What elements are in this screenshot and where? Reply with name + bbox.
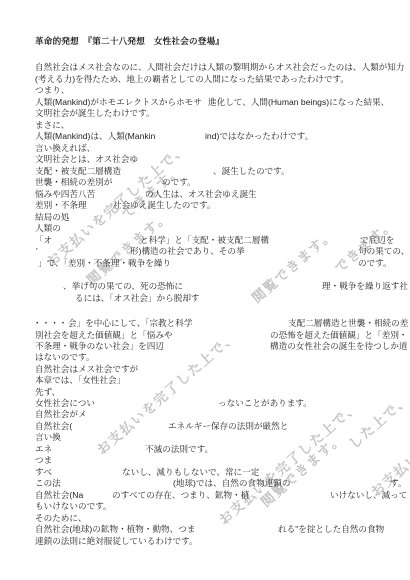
text-segment: (地球)では、自然の食物連鎖の: [173, 478, 290, 489]
text-segment: と科学」と「支配・被支配二層構: [140, 235, 269, 246]
text-segment: 自然社会はメス社会ですが: [35, 364, 138, 375]
text-segment: ないし、減りもしないで、常に一定: [122, 467, 259, 478]
text-segment: 理・戦争を繰り返す社: [322, 281, 408, 292]
text-segment: 自然社会がメ: [35, 409, 87, 420]
text-line: 文明社会とは、オス社会ゆ: [0, 154, 410, 165]
text-segment: ': [36, 246, 38, 257]
text-segment: 会」を中心にして、「宗教と科学: [68, 318, 192, 329]
text-segment: この法: [35, 478, 61, 489]
text-line: 言い換えれば、: [0, 143, 410, 154]
text-segment: るには、「オス社会」から脱却す: [75, 293, 200, 304]
text-line: 自然社会(エネルギー保存の法則が厳然と: [0, 421, 410, 432]
text-segment: の恐怖を超えた価値観」と「差別・: [270, 330, 408, 341]
text-segment: 世襲・相続の差別が: [35, 177, 112, 188]
text-line: そのために、: [0, 513, 410, 524]
text-segment: の人生は、オス社会ゆえ誕生: [145, 189, 257, 200]
document-page: お支払いを完了した上で、閲覧できます。できます。閲覧できます。できます。お支払い…: [0, 0, 410, 580]
text-line: 自然社会(Naのすべての存在、つまり、鉱物・植いけないし、減って: [0, 490, 410, 501]
text-segment: いけないし、減って: [330, 490, 407, 501]
text-segment: で底辺を: [360, 235, 394, 246]
text-segment: ・・・・: [33, 318, 67, 329]
text-segment: 自然社会(Na: [35, 490, 83, 501]
text-line: 別社会を超えた価値観」と「悩みやの恐怖を超えた価値観」と「差別・: [0, 330, 410, 341]
text-line: '形)構造の社会であり、その挙句の果ての、: [0, 246, 410, 257]
text-segment: (考える力)を得たため、地上の覇者としての人間になった結果であったわけです。: [35, 74, 349, 85]
text-line: 、挙げ句の果ての、死の恐怖に理・戦争を繰り返す社: [0, 281, 410, 292]
text-line: 自然社会はメス社会なのに、人間社会だけは人類の黎明期からオス社会だったのは、人類…: [0, 62, 410, 73]
text-line: 先ず、: [0, 387, 410, 398]
text-segment: のすべての存在、つまり、鉱物・植: [112, 490, 249, 501]
text-line: ・・・・会」を中心にして、「宗教と科学支配二層構造と世襲・相続の差: [0, 318, 410, 329]
text-segment: 人類(Mankind)がホモエレクトスからホモサ: [35, 97, 202, 108]
text-line: 自然社会はメス社会ですが: [0, 364, 410, 375]
text-segment: はないのです。: [35, 352, 94, 363]
text-segment: 差別・不条理: [35, 200, 87, 211]
text-segment: 自然社会(: [35, 421, 72, 432]
text-line: 」で、「差別・不条理・戦争を繰りのです。: [0, 258, 410, 269]
text-line: 人類(Mankind)は、人類(Mankinind)ではなかったわけです。: [0, 131, 410, 142]
text-line: 本章では、「女性社会」: [0, 375, 410, 386]
text-segment: 女性社会につい: [35, 398, 95, 409]
text-line: 文明社会が誕生したわけです。: [0, 108, 410, 119]
text-segment: つま: [35, 455, 52, 466]
text-line: はないのです。: [0, 352, 410, 363]
text-line: つまり、: [0, 85, 410, 96]
text-segment: 文明社会が誕生したわけです。: [35, 108, 155, 119]
text-line: 言い換: [0, 432, 410, 443]
text-segment: 文明社会とは、オス社会ゆ: [35, 154, 138, 165]
text-line: (考える力)を得たため、地上の覇者としての人間になった結果であったわけです。: [0, 74, 410, 85]
text-segment: す。: [390, 478, 407, 489]
text-segment: 人類(Mankind)は、人類(Mankin: [35, 131, 155, 142]
text-segment: すべ: [35, 467, 52, 478]
text-line: すべないし、減りもしないで、常に一定: [0, 467, 410, 478]
document-title-line: 革命的発想 『第二十八発想 女性社会の登場』: [0, 36, 410, 47]
text-line: るには、「オス社会」から脱却す: [0, 293, 410, 304]
text-line: 悩みや四苦八苦の人生は、オス社会ゆえ誕生: [0, 189, 410, 200]
text-line: まさに、: [0, 120, 410, 131]
text-line: つま: [0, 455, 410, 466]
text-segment: ind)ではなかったわけです。: [205, 131, 313, 142]
text-segment: 言い換えれば、: [35, 143, 95, 154]
text-segment: のです。: [162, 177, 196, 188]
text-segment: のです。: [358, 258, 392, 269]
text-segment: 結局の処: [35, 212, 69, 223]
text-line: 連鎖の法則に絶対服従しているわけです。: [0, 536, 410, 547]
text-segment: 形)構造の社会であり、その挙: [130, 246, 245, 257]
text-segment: つまり、: [35, 85, 69, 96]
text-line: 結局の処: [0, 212, 410, 223]
text-segment: 自然社会(地球)の鉱物・植物・動物、つま: [35, 524, 195, 535]
text-segment: 、誕生したのです。: [213, 166, 290, 177]
text-segment: まさに、: [35, 120, 69, 131]
text-segment: 支配・被支配二層構造: [35, 166, 121, 177]
text-segment: 別社会を超えた価値観」と「悩みや: [35, 330, 173, 341]
text-line: 自然社会(地球)の鉱物・植物・動物、つまれる"を掟とした自然の食物: [0, 524, 410, 535]
text-line: 「オと科学」と「支配・被支配二層構で底辺を: [0, 235, 410, 246]
text-segment: 支配二層構造と世襲・相続の差: [288, 318, 408, 329]
text-segment: エネ: [35, 444, 52, 455]
text-segment: 「オ: [35, 235, 52, 246]
text-segment: 不条理・戦争のない社会」を四辺: [35, 341, 164, 352]
text-line: もいけないのです。: [0, 501, 410, 512]
text-segment: 自然社会はメス社会なのに、人間社会だけは人類の黎明期からオス社会だったのは、人類…: [35, 62, 404, 73]
text-segment: 本章では、「女性社会」: [35, 375, 125, 386]
text-line: 差別・不条理社会ゆえ誕生したのです。: [0, 200, 410, 211]
text-segment: 進化して、人間(Human beings)になった結果、: [208, 97, 389, 108]
text-segment: 、挙げ句の果ての、死の恐怖に: [63, 281, 183, 292]
text-line: 支配・被支配二層構造、誕生したのです。: [0, 166, 410, 177]
text-line: 自然社会がメ: [0, 409, 410, 420]
text-segment: 不滅の法則です。: [145, 444, 213, 455]
text-line: 世襲・相続の差別がのです。: [0, 177, 410, 188]
text-segment: 」で、「差別・不条理・戦争を繰り: [38, 258, 171, 269]
text-segment: そのために、: [35, 513, 87, 524]
text-line: 人類の: [0, 223, 410, 234]
text-line: この法(地球)では、自然の食物連鎖のす。: [0, 478, 410, 489]
text-segment: 人類の: [35, 223, 61, 234]
text-line: エネ不滅の法則です。: [0, 444, 410, 455]
text-segment: 先ず、: [35, 387, 60, 398]
text-segment: 句の果ての、: [358, 246, 409, 257]
text-line: 不条理・戦争のない社会」を四辺構造の女性社会の誕生を待つしか道: [0, 341, 410, 352]
text-segment: っないことがあります。: [218, 398, 312, 409]
text-segment: 社会ゆえ誕生したのです。: [113, 200, 215, 211]
text-segment: 言い換: [35, 432, 61, 443]
text-segment: もいけないのです。: [35, 501, 112, 512]
text-segment: 革命的発想 『第二十八発想 女性社会の登場』: [35, 36, 224, 47]
text-segment: 構造の女性社会の誕生を待つしか道: [270, 341, 408, 352]
text-line: 女性社会についっないことがあります。: [0, 398, 410, 409]
text-segment: れる"を掟とした自然の食物: [278, 524, 384, 535]
text-segment: 連鎖の法則に絶対服従しているわけです。: [35, 536, 198, 547]
text-segment: エネルギー保存の法則が厳然と: [168, 421, 288, 432]
text-segment: 悩みや四苦八苦: [35, 189, 95, 200]
text-line: 人類(Mankind)がホモエレクトスからホモサ進化して、人間(Human be…: [0, 97, 410, 108]
